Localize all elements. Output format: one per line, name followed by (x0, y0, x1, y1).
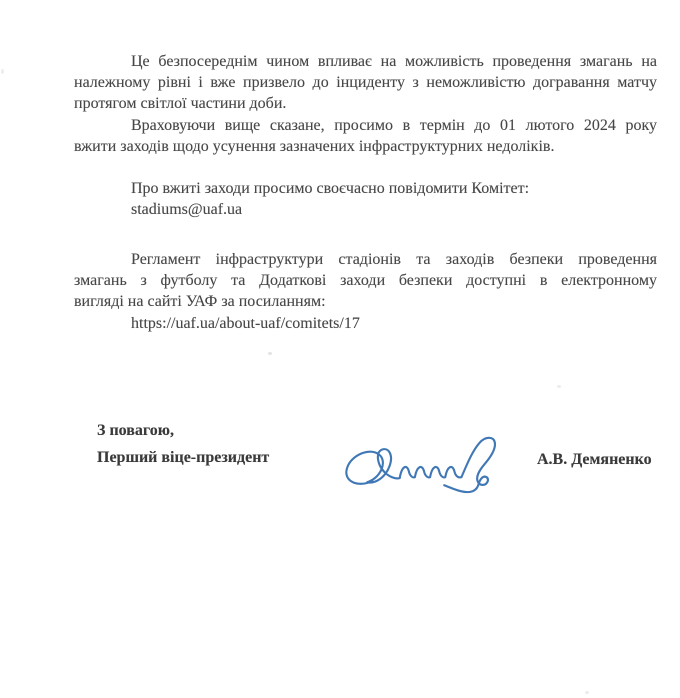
scan-speck (268, 352, 272, 355)
paragraph-gap (74, 157, 657, 178)
body-line: Це безпосереднім чином впливає на можлив… (74, 51, 657, 72)
closing-title: Перший віце-президент (97, 449, 269, 467)
body-line: змагань з футболу та Додаткові заходи бе… (74, 270, 657, 291)
body-line: Про вжиті заходи просимо своєчасно повід… (74, 178, 657, 199)
scan-speck (557, 385, 561, 388)
letter-body: Це безпосереднім чином впливає на можлив… (74, 51, 657, 334)
body-line: належному рівні і вже призвело до інциде… (74, 72, 657, 93)
url-text: https://uaf.ua/about-uaf/comitets/17 (74, 313, 657, 334)
paragraph-gap (74, 221, 657, 250)
body-line: Враховуючи вище сказане, просимо в термі… (74, 115, 657, 136)
email-address: stadiums@uaf.ua (74, 199, 657, 220)
closing-name: А.В. Демяненко (537, 451, 652, 469)
body-line: вжити заходів щодо усунення зазначених і… (74, 136, 657, 157)
body-line: протягом світлої частини доби. (74, 93, 657, 114)
closing-salutation: З повагою, (97, 422, 174, 440)
signature-autograph (342, 434, 508, 498)
body-line: вигляді на сайті УАФ за посиланням: (74, 291, 657, 312)
scan-speck (1, 69, 4, 74)
body-line: Регламент інфраструктури стадіонів та за… (74, 249, 657, 270)
scan-speck (585, 691, 589, 694)
scanned-letter-page: Це безпосереднім чином впливає на можлив… (0, 0, 680, 698)
